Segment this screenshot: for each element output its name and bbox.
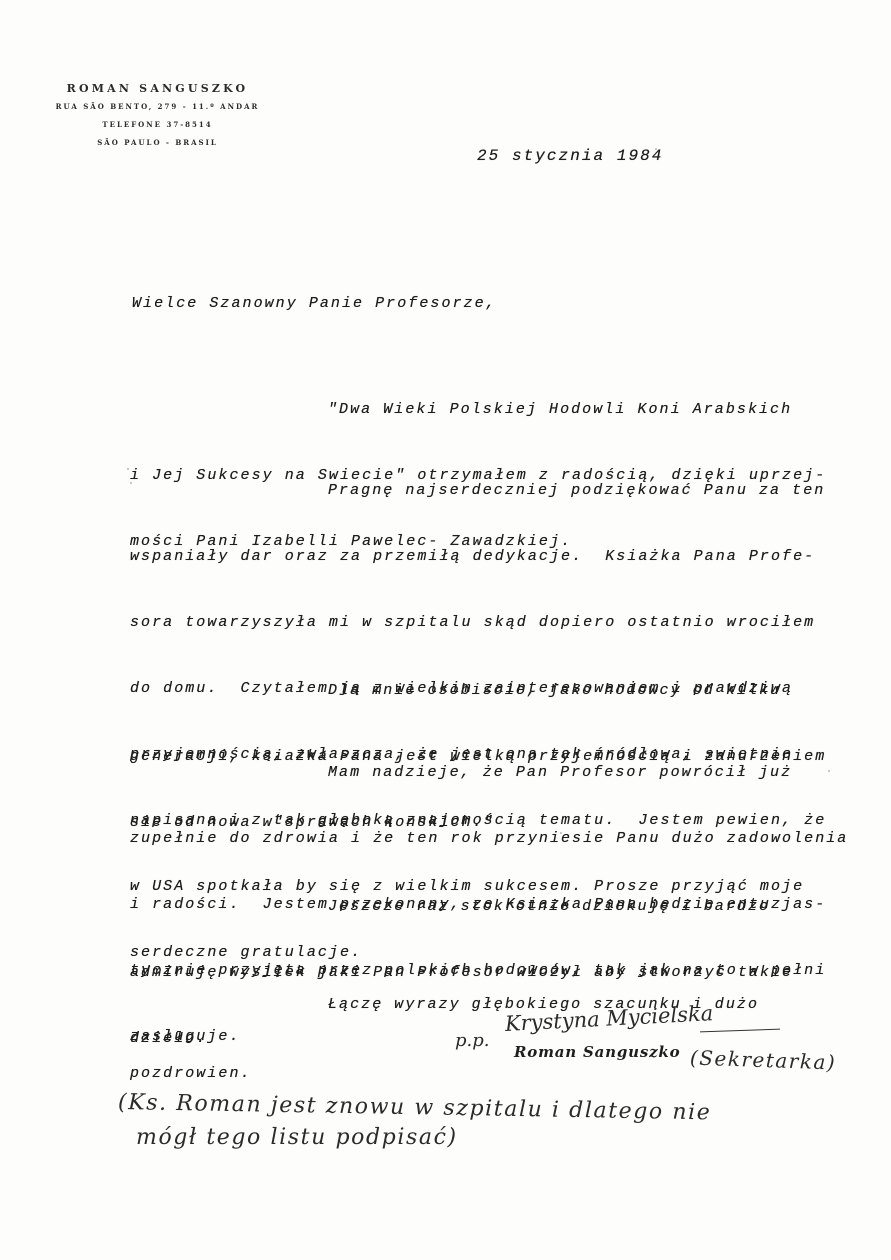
paragraph-line: wspaniały dar oraz za przemiłą dedykacje… bbox=[130, 546, 826, 568]
letterhead-address: RUA SÃO BENTO, 279 - 11.º ANDAR bbox=[40, 98, 275, 116]
letter-page: ROMAN SANGUSZKO RUA SÃO BENTO, 279 - 11.… bbox=[0, 0, 891, 1260]
paragraph-line: sora towarzyszyła mi w szpitalu skąd dop… bbox=[130, 612, 826, 634]
paper-speck bbox=[130, 482, 132, 484]
per-procura-mark: p.p. bbox=[455, 1030, 490, 1051]
paragraph-line: Jeszcze raz stokrotnie dziekuję i bardzo bbox=[130, 896, 793, 918]
paper-speck bbox=[127, 468, 129, 470]
paragraph-line: Pragnę najserdeczniej podziękować Panu z… bbox=[130, 480, 826, 502]
paragraph-line: Mam nadzieje, że Pan Profesor powrócił j… bbox=[130, 762, 848, 784]
letterhead-telephone: TELEFONE 37-8514 bbox=[40, 116, 275, 134]
paper-speck bbox=[560, 832, 562, 834]
letterhead-city: SÃO PAULO - BRASIL bbox=[40, 134, 275, 152]
paragraph-line: pozdrowien. bbox=[130, 1063, 759, 1085]
paragraph-line: Dla mnie osobiscie, jako hodowcy od kilk… bbox=[130, 680, 826, 702]
letter-date: 25 stycznia 1984 bbox=[477, 145, 663, 167]
paper-speck bbox=[828, 770, 830, 772]
paper-speck bbox=[655, 148, 657, 150]
handwritten-note-line-2: mógł tego listu podpisać) bbox=[136, 1125, 458, 1150]
salutation: Wielce Szanowny Panie Profesorze, bbox=[132, 293, 497, 315]
typed-signature-name: Roman Sanguszko bbox=[514, 1043, 680, 1061]
letterhead-name: ROMAN SANGUSZKO bbox=[40, 80, 275, 98]
letterhead: ROMAN SANGUSZKO RUA SÃO BENTO, 279 - 11.… bbox=[40, 80, 275, 152]
signer-role: (Sekretarka) bbox=[690, 1045, 837, 1074]
paragraph-line: zupełnie do zdrowia i że ten rok przynie… bbox=[130, 828, 848, 850]
paragraph-line: "Dwa Wieki Polskiej Hodowli Koni Arabski… bbox=[130, 399, 826, 421]
